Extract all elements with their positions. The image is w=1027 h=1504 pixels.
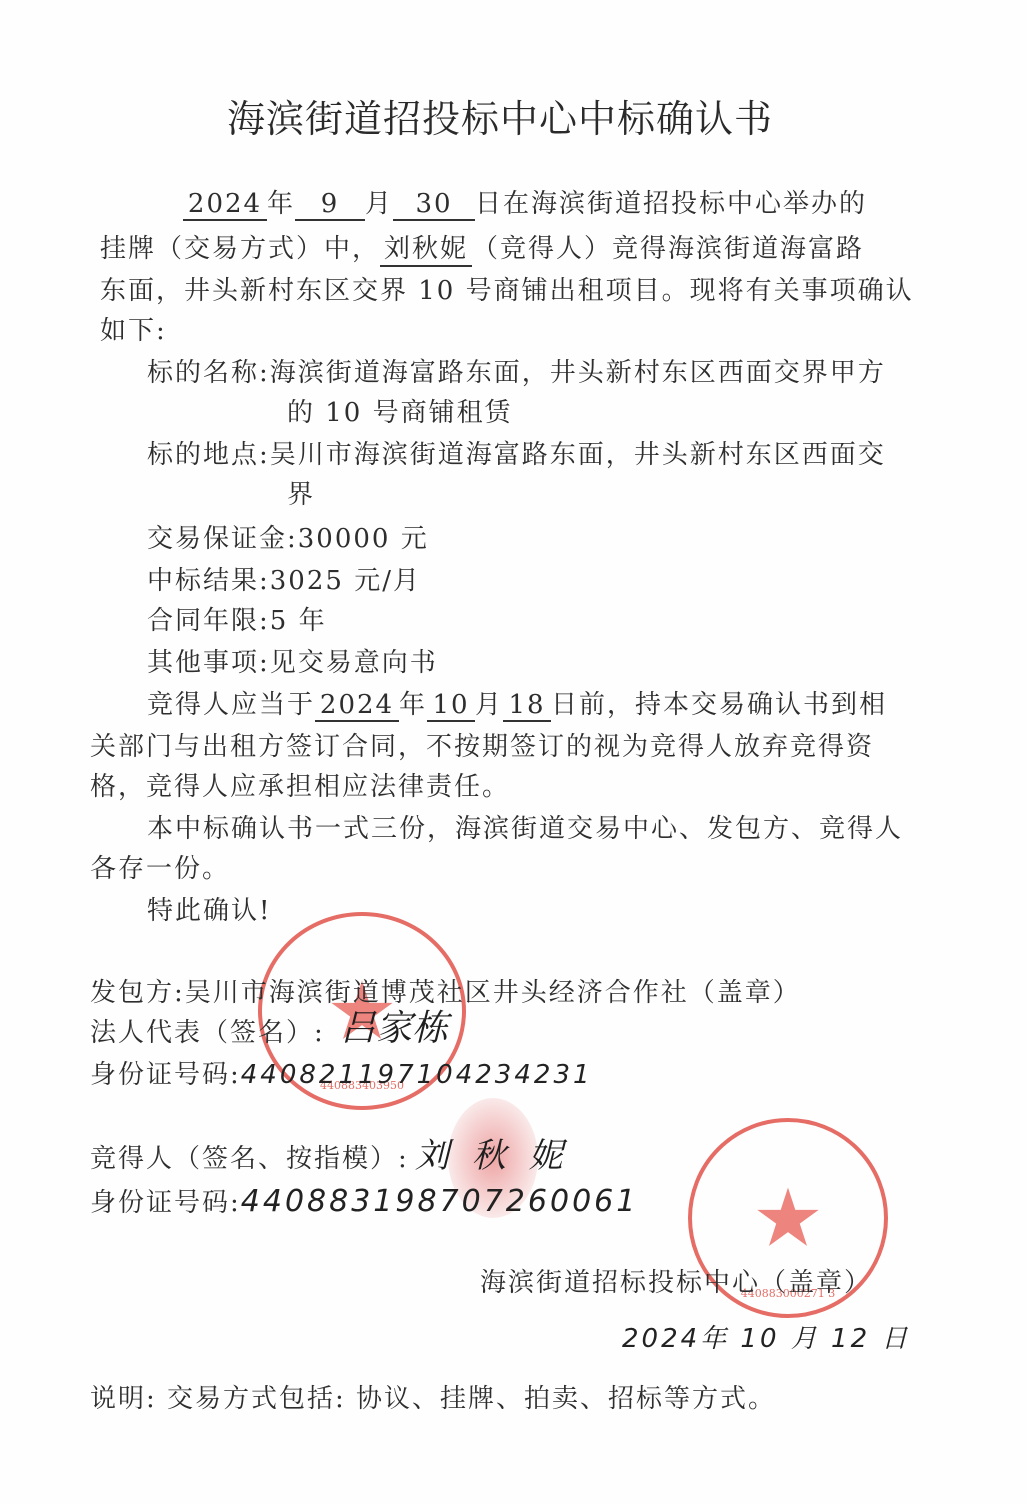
issuer-label: 发包方: bbox=[90, 978, 185, 1008]
star-icon: ★ bbox=[752, 1172, 824, 1265]
item-value: 3025 元/月 bbox=[270, 566, 421, 596]
item-label: 标的名称: bbox=[147, 358, 270, 388]
intro-month: 9 bbox=[295, 189, 365, 221]
issuer-value: 吴川市海滨街道博茂社区井头经济合作社（盖章） bbox=[185, 978, 801, 1008]
item-subject-location: 标的地点:吴川市海滨街道海富路东面，井头新村东区西面交 bbox=[147, 434, 886, 471]
document-page: 海滨街道招投标中心中标确认书 2024年9月30日在海滨街道招投标中心举办的 挂… bbox=[0, 0, 1027, 1504]
deadline-year: 2024 bbox=[315, 690, 399, 722]
bidder-line: 竞得人（签名、按指模）: bbox=[90, 1138, 409, 1175]
id-label: 身份证号码: bbox=[90, 1060, 241, 1090]
deadline-line-1: 竞得人应当于2024年10月18日前，持本交易确认书到相 bbox=[147, 684, 887, 722]
item-deposit: 交易保证金:30000 元 bbox=[147, 518, 429, 555]
deadline-month: 10 bbox=[427, 690, 475, 722]
confirm-text: 特此确认! bbox=[147, 890, 271, 927]
deadline-line-3: 格，竞得人应承担相应法律责任。 bbox=[90, 766, 510, 803]
item-subject-location-cont: 界 bbox=[287, 474, 315, 511]
intro-line-3: 东面，井头新村东区交界 10 号商铺出租项目。现将有关事项确认 bbox=[100, 270, 914, 307]
item-value: 5 年 bbox=[270, 606, 327, 636]
item-value: 30000 元 bbox=[298, 524, 429, 554]
copies-line-1: 本中标确认书一式三份，海滨街道交易中心、发包方、竞得人 bbox=[147, 808, 903, 845]
intro-line-4: 如下: bbox=[100, 310, 167, 347]
deadline-tail: 日前，持本交易确认书到相 bbox=[551, 690, 887, 720]
rep-signature: 吕家栋 bbox=[340, 1000, 448, 1051]
item-value: 吴川市海滨街道海富路东面，井头新村东区西面交 bbox=[270, 440, 886, 470]
intro-line1-tail: 日在海滨街道招投标中心举办的 bbox=[475, 189, 867, 219]
intro-day: 30 bbox=[393, 189, 475, 221]
deadline-head: 竞得人应当于 bbox=[147, 690, 315, 720]
bidder-id-value: 440883198707260061 bbox=[241, 1184, 639, 1219]
item-subject-name-cont: 的 10 号商铺租赁 bbox=[287, 392, 513, 429]
item-term: 合同年限:5 年 bbox=[147, 600, 327, 637]
bidder-label: 竞得人（签名、按指模）: bbox=[90, 1144, 409, 1174]
intro-line2-tail: （竞得人）竞得海滨街道海富路 bbox=[472, 234, 864, 264]
item-result: 中标结果:3025 元/月 bbox=[147, 560, 421, 597]
bidder-id-line: 身份证号码:440883198707260061 bbox=[90, 1182, 638, 1219]
item-label: 中标结果: bbox=[147, 566, 270, 596]
item-value: 海滨街道海富路东面，井头新村东区西面交界甲方 bbox=[270, 358, 886, 388]
center-name: 海滨街道招标投标中心（盖章） bbox=[480, 1262, 872, 1299]
item-label: 交易保证金: bbox=[147, 524, 298, 554]
month-label: 月 bbox=[365, 189, 393, 219]
intro-line-1: 2024年9月30日在海滨街道招投标中心举办的 bbox=[183, 183, 867, 221]
item-subject-name: 标的名称:海滨街道海富路东面，井头新村东区西面交界甲方 bbox=[147, 352, 886, 389]
rep-label: 法人代表（签名）: bbox=[90, 1018, 325, 1048]
issuer-id-line: 身份证号码:440821197104234231 bbox=[90, 1054, 593, 1091]
deadline-day: 18 bbox=[503, 690, 551, 722]
copies-line-2: 各存一份。 bbox=[90, 848, 230, 885]
intro-year: 2024 bbox=[183, 189, 267, 221]
issuer-id-value: 440821197104234231 bbox=[241, 1060, 593, 1090]
intro-line2-head: 挂牌（交易方式）中， bbox=[100, 234, 380, 264]
winner-name: 刘秋妮 bbox=[380, 228, 472, 267]
item-other: 其他事项:见交易意向书 bbox=[147, 642, 438, 679]
year-label: 年 bbox=[399, 690, 427, 720]
document-title: 海滨街道招投标中心中标确认书 bbox=[0, 88, 1000, 143]
id-label: 身份证号码: bbox=[90, 1188, 241, 1218]
intro-line-2: 挂牌（交易方式）中，刘秋妮（竞得人）竞得海滨街道海富路 bbox=[100, 228, 864, 267]
month-label: 月 bbox=[475, 690, 503, 720]
bidder-signature: 刘 秋 妮 bbox=[415, 1128, 569, 1177]
item-label: 其他事项: bbox=[147, 648, 270, 678]
deadline-line-2: 关部门与出租方签订合同，不按期签订的视为竞得人放弃竞得资 bbox=[90, 726, 874, 763]
item-value: 见交易意向书 bbox=[270, 648, 438, 678]
center-date: 2024年 10 月 12 日 bbox=[622, 1318, 910, 1355]
issuer-rep-line: 法人代表（签名）: bbox=[90, 1012, 325, 1049]
item-label: 合同年限: bbox=[147, 606, 270, 636]
item-label: 标的地点: bbox=[147, 440, 270, 470]
year-label: 年 bbox=[267, 189, 295, 219]
note-text: 说明: 交易方式包括: 协议、挂牌、拍卖、招标等方式。 bbox=[90, 1378, 776, 1415]
